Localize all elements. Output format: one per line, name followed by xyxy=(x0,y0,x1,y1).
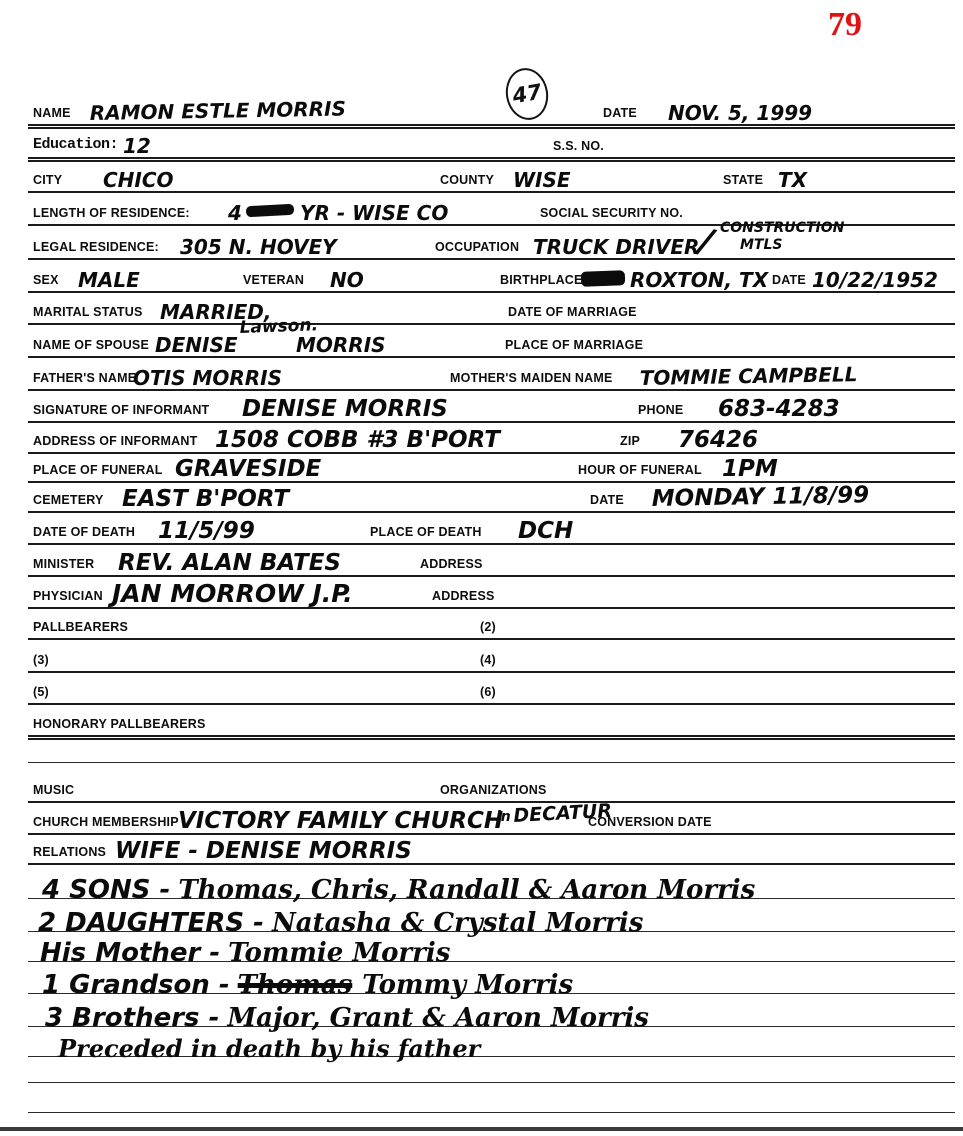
organizations-label: ORGANIZATIONS xyxy=(440,783,547,797)
physician-label: PHYSICIAN xyxy=(33,589,103,603)
blank-rule-line xyxy=(28,1056,955,1083)
funeral-date-value: MONDAY 11/8/99 xyxy=(652,482,870,512)
veteran-label: VETERAN xyxy=(243,273,304,287)
occupation-value: TRUCK DRIVER xyxy=(533,235,699,259)
birthdate-value: 10/22/1952 xyxy=(812,268,938,292)
row-name-date: NAME RAMON ESTLE MORRIS 47 DATE NOV. 5, … xyxy=(28,76,955,129)
funeral-record-page: 79 NAME RAMON ESTLE MORRIS 47 DATE NOV. … xyxy=(0,0,963,1136)
birthplace-value: ROXTON, TX xyxy=(630,268,768,292)
row-pallbearers-5-6: (5) (6) xyxy=(28,671,955,705)
marriage-place-label: PLACE OF MARRIAGE xyxy=(505,338,643,352)
occupation-extra-line1: CONSTRUCTION xyxy=(720,220,844,236)
pallbearer-5-label: (5) xyxy=(33,685,49,699)
informant-address-value: 1508 COBB #3 B'PORT xyxy=(215,427,500,453)
spouse-label: NAME OF SPOUSE xyxy=(33,338,149,352)
row-informant: SIGNATURE OF INFORMANT DENISE MORRIS PHO… xyxy=(28,389,955,423)
death-place-label: PLACE OF DEATH xyxy=(370,525,482,539)
cemetery-value: EAST B'PORT xyxy=(122,486,289,512)
birthplace-label: BIRTHPLACE xyxy=(500,273,583,287)
occupation-label: OCCUPATION xyxy=(435,240,519,254)
page-number: 79 xyxy=(828,6,862,44)
relation-line-daughters: 2 DAUGHTERS -Natasha & Crystal Morris xyxy=(28,898,955,932)
minister-address-label: ADDRESS xyxy=(420,557,483,571)
page-bottom-edge xyxy=(0,1127,963,1131)
occupation-extra-line2: MTLS xyxy=(740,237,783,253)
marital-status-label: MARITAL STATUS xyxy=(33,305,143,319)
relation-line-brothers: 3 Brothers -Major, Grant & Aaron Morris xyxy=(28,993,955,1027)
row-minister: MINISTER REV. ALAN BATES ADDRESS xyxy=(28,543,955,577)
name-label: NAME xyxy=(33,106,71,120)
scribble-redaction xyxy=(581,270,625,287)
relation-line-mother: His Mother -Tommie Morris xyxy=(28,931,955,962)
church-in-word: in xyxy=(496,809,511,825)
funeral-place-value: GRAVESIDE xyxy=(175,456,321,482)
death-place-value: DCH xyxy=(518,518,573,544)
date-label: DATE xyxy=(603,106,637,120)
zip-value: 76426 xyxy=(678,427,758,453)
row-sex-veteran-birthplace: SEX MALE VETERAN NO BIRTHPLACE ROXTON, T… xyxy=(28,258,955,293)
row-legal-residence-occupation: LEGAL RESIDENCE: 305 N. HOVEY OCCUPATION… xyxy=(28,224,955,260)
social-security-label: SOCIAL SECURITY NO. xyxy=(540,206,683,220)
veteran-value: NO xyxy=(330,268,364,292)
education-label: Education: xyxy=(33,136,118,153)
marriage-date-label: DATE OF MARRIAGE xyxy=(508,305,637,319)
row-death: DATE OF DEATH 11/5/99 PLACE OF DEATH DCH xyxy=(28,511,955,545)
pallbearer-4-label: (4) xyxy=(480,653,496,667)
residence-length-value1: 4 xyxy=(228,201,242,225)
relation-line-sons: 4 SONS -Thomas, Chris, Randall & Aaron M… xyxy=(28,863,955,899)
birthdate-label: DATE xyxy=(772,273,806,287)
city-label: CITY xyxy=(33,173,62,187)
sex-value: MALE xyxy=(78,268,140,292)
city-value: CHICO xyxy=(103,168,174,192)
pallbearer-2-label: (2) xyxy=(480,620,496,634)
informant-address-label: ADDRESS OF INFORMANT xyxy=(33,434,197,448)
blank-rule-line xyxy=(28,1082,955,1113)
informant-label: SIGNATURE OF INFORMANT xyxy=(33,403,209,417)
row-city-county-state: CITY CHICO COUNTY WISE STATE TX xyxy=(28,157,955,193)
death-date-label: DATE OF DEATH xyxy=(33,525,135,539)
informant-value: DENISE MORRIS xyxy=(242,396,448,422)
minister-label: MINISTER xyxy=(33,557,94,571)
row-informant-address: ADDRESS OF INFORMANT 1508 COBB #3 B'PORT… xyxy=(28,421,955,454)
relations-value: WIFE - DENISE MORRIS xyxy=(115,838,412,864)
church-membership-label: CHURCH MEMBERSHIP xyxy=(33,815,179,829)
row-pallbearers-3-4: (3) (4) xyxy=(28,638,955,673)
row-funeral-place: PLACE OF FUNERAL GRAVESIDE HOUR OF FUNER… xyxy=(28,452,955,483)
relation-line-grandson: 1 Grandson -ThomasTommy Morris xyxy=(28,961,955,994)
scribble-redaction xyxy=(246,204,295,217)
state-label: STATE xyxy=(723,173,763,187)
occupation-slash: / xyxy=(696,221,716,263)
county-label: COUNTY xyxy=(440,173,494,187)
honorary-pallbearers-label: HONORARY PALLBEARERS xyxy=(33,717,206,731)
funeral-hour-label: HOUR OF FUNERAL xyxy=(578,463,702,477)
row-church-membership: CHURCH MEMBERSHIP VICTORY FAMILY CHURCH … xyxy=(28,801,955,835)
name-value: RAMON ESTLE MORRIS xyxy=(90,97,347,125)
funeral-place-label: PLACE OF FUNERAL xyxy=(33,463,163,477)
row-pallbearers: PALLBEARERS (2) xyxy=(28,607,955,640)
physician-value: JAN MORROW J.P. xyxy=(112,579,353,608)
conversion-date-label: CONVERSION DATE xyxy=(588,815,712,829)
death-date-value: 11/5/99 xyxy=(158,518,255,544)
minister-value: REV. ALAN BATES xyxy=(118,550,341,576)
row-relations: RELATIONS WIFE - DENISE MORRIS xyxy=(28,833,955,865)
church-membership-value: VICTORY FAMILY CHURCH xyxy=(178,808,503,834)
education-value: 12 xyxy=(123,134,151,158)
row-parents: FATHER'S NAME OTIS MORRIS MOTHER'S MAIDE… xyxy=(28,356,955,391)
legal-residence-label: LEGAL RESIDENCE: xyxy=(33,240,159,254)
residence-length-label: LENGTH OF RESIDENCE: xyxy=(33,206,190,220)
father-label: FATHER'S NAME xyxy=(33,371,136,385)
legal-residence-value: 305 N. HOVEY xyxy=(180,235,337,259)
father-value: OTIS MORRIS xyxy=(133,366,282,390)
relations-label: RELATIONS xyxy=(33,845,106,859)
spouse-first-name: DENISE xyxy=(155,333,238,357)
spouse-last-name: MORRIS xyxy=(296,333,386,357)
phone-value: 683-4283 xyxy=(718,396,840,422)
cemetery-label: CEMETERY xyxy=(33,493,104,507)
relation-line-preceded: Preceded in death by his father xyxy=(28,1026,955,1057)
pallbearer-3-label: (3) xyxy=(33,653,49,667)
residence-length-value2: YR - WISE CO xyxy=(300,201,448,225)
row-physician: PHYSICIAN JAN MORROW J.P. ADDRESS xyxy=(28,575,955,609)
sex-label: SEX xyxy=(33,273,59,287)
row-marital-status: MARITAL STATUS MARRIED, DATE OF MARRIAGE xyxy=(28,291,955,325)
pallbearer-6-label: (6) xyxy=(480,685,496,699)
ssn-label: S.S. NO. xyxy=(553,139,604,153)
age-circle: 47 xyxy=(502,65,552,124)
phone-label: PHONE xyxy=(638,403,683,417)
county-value: WISE xyxy=(513,168,571,192)
physician-address-label: ADDRESS xyxy=(432,589,495,603)
mother-value: TOMMIE CAMPBELL xyxy=(640,362,858,390)
funeral-hour-value: 1PM xyxy=(722,456,778,482)
mother-label: MOTHER'S MAIDEN NAME xyxy=(450,371,613,385)
row-spouse: NAME OF SPOUSE DENISE Lawson. MORRIS PLA… xyxy=(28,323,955,358)
zip-label: ZIP xyxy=(620,434,640,448)
date-value: NOV. 5, 1999 xyxy=(668,101,812,125)
funeral-date-label: DATE xyxy=(590,493,624,507)
row-cemetery: CEMETERY EAST B'PORT DATE MONDAY 11/8/99 xyxy=(28,481,955,513)
music-label: MUSIC xyxy=(33,783,74,797)
state-value: TX xyxy=(778,168,807,192)
pallbearers-label: PALLBEARERS xyxy=(33,620,128,634)
blank-rule-line xyxy=(28,735,955,763)
row-music-organizations: MUSIC ORGANIZATIONS xyxy=(28,768,955,803)
